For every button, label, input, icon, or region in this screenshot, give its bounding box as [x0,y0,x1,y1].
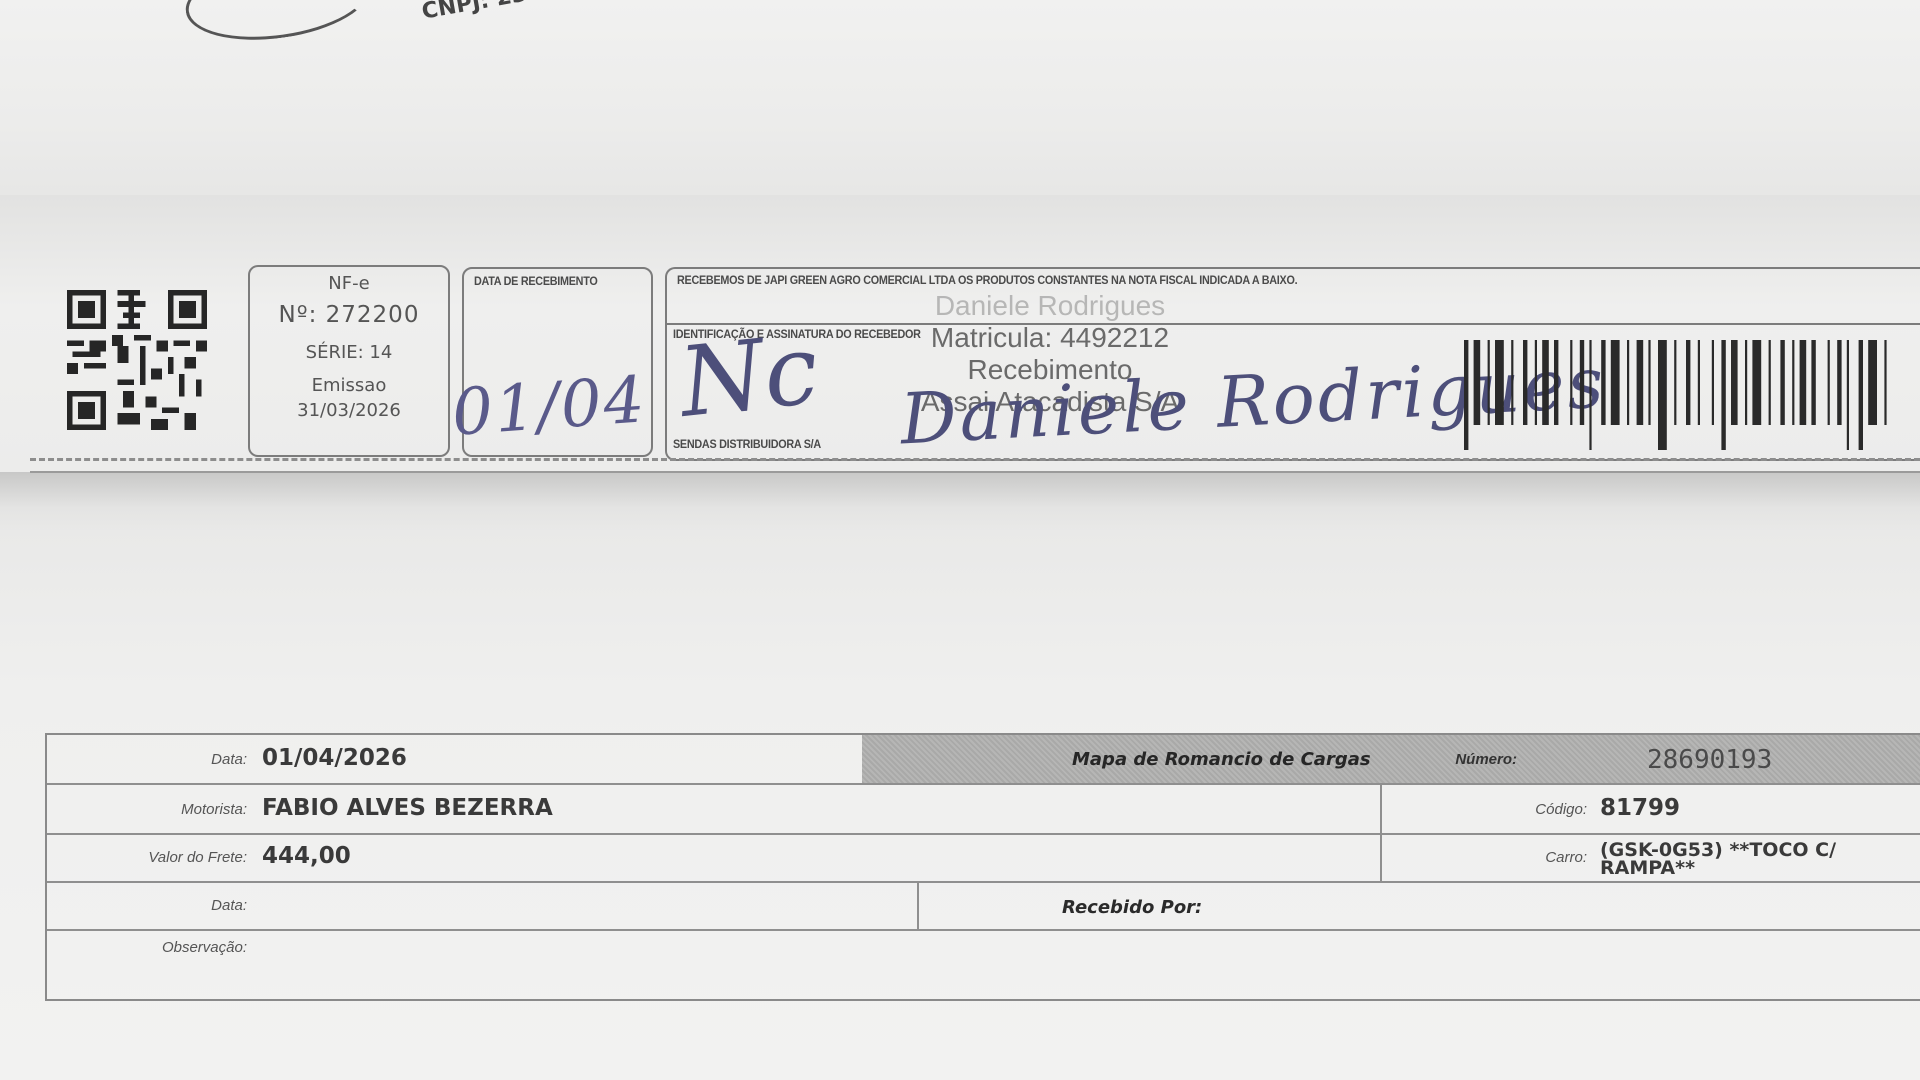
row-data-title: Data: 01/04/2026 Mapa de Romancio de Car… [47,735,1920,785]
carro-label: Carro: [1347,849,1587,866]
nfe-title: NF-e [250,273,448,294]
carro-value: (GSK-0G53) **TOCO C/ RAMPA** [1600,841,1920,877]
observacao-label: Observação: [47,939,247,956]
cnpj-fragment: CNPJ: 23. [420,0,537,25]
data-value: 01/04/2026 [262,745,407,771]
column-divider [917,883,919,929]
row-recebido: Data: Recebido Por: [47,883,1920,931]
recebido-por-label: Recebido Por: [1062,897,1202,918]
numero-label: Número: [1337,751,1517,768]
stamp-name: Daniele Rodrigues [880,290,1220,322]
row-motorista: Motorista: FABIO ALVES BEZERRA Código: 8… [47,785,1920,835]
stamp-matricula: Matricula: 4492212 [880,322,1220,354]
nfe-emissao-label: Emissao [250,375,448,396]
handwritten-receipt-date: 01/04 [450,363,649,450]
tear-line [30,458,1920,473]
nfe-serie: SÉRIE: 14 [250,342,448,363]
logo-outline [180,0,375,51]
motorista-label: Motorista: [47,801,247,818]
receipt-date-label: DATA DE RECEBIMENTO [474,274,597,288]
frete-label: Valor do Frete: [47,849,247,866]
numero-value: 28690193 [1647,745,1772,775]
data2-label: Data: [47,897,247,914]
qr-code-icon [62,290,212,430]
codigo-label: Código: [1347,801,1587,818]
nfe-number: Nº: 272200 [250,302,448,328]
paper-shadow [0,472,1920,532]
codigo-value: 81799 [1600,795,1680,821]
motorista-value: FABIO ALVES BEZERRA [262,795,553,821]
row-observacao: Observação: [47,931,1920,997]
data-label: Data: [47,751,247,768]
recipient-company: SENDAS DISTRIBUIDORA S/A [673,437,821,451]
nfe-emissao-date: 31/03/2026 [250,400,448,421]
frete-value: 444,00 [262,843,351,869]
nfe-info-box: NF-e Nº: 272200 SÉRIE: 14 Emissao 31/03/… [248,265,450,457]
handwritten-initials: Nc [675,313,824,439]
top-document-sheet: CNPJ: 23. [0,0,1920,205]
receipt-statement: RECEBEMOS DE JAPI GREEN AGRO COMERCIAL L… [677,273,1297,287]
receipt-divider [667,323,1920,325]
romaneio-form: Data: 01/04/2026 Mapa de Romancio de Car… [45,733,1920,1001]
barcode-icon [1458,340,1898,450]
romaneio-title: Mapa de Romancio de Cargas [1072,749,1371,770]
